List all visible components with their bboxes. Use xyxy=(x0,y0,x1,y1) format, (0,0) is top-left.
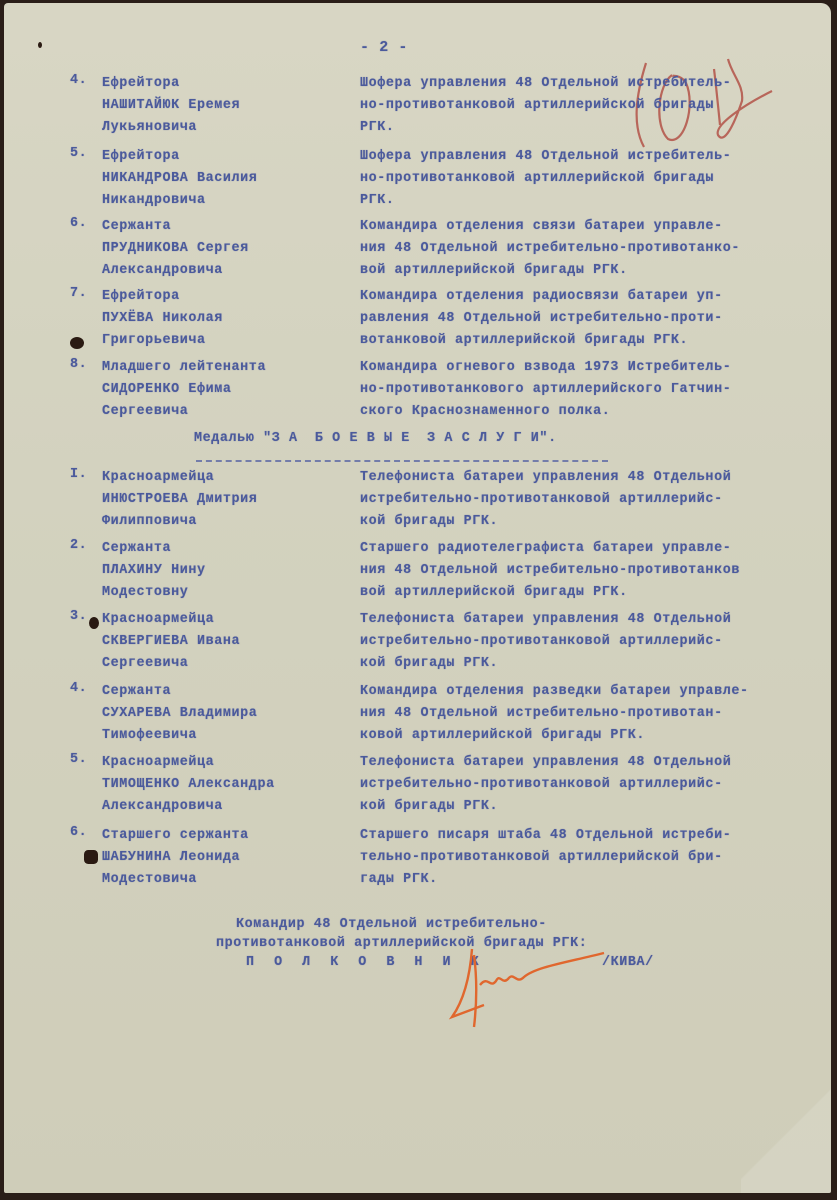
recipient-position: Шофера управления 48 Отдельной истребите… xyxy=(360,146,810,212)
recipient-name: Красноармейца СКВЕРГИЕВА Ивана Сергеевич… xyxy=(102,609,240,675)
recipient-name: Красноармейца ТИМОЩЕНКО Александра Алекс… xyxy=(102,752,275,818)
recipient-position: Командира отделения радиосвязи батареи у… xyxy=(360,286,810,352)
recipient-position: Шофера управления 48 Отдельной истребите… xyxy=(360,73,810,139)
medal-heading: Медалью "З А Б О Е В Ы Е З А С Л У Г И". xyxy=(194,431,557,446)
recipient-position: Старшего писаря штаба 48 Отдельной истре… xyxy=(360,825,810,891)
entry-number: I. xyxy=(70,467,87,482)
document-page: - 2 - 4. Ефрейтора НАШИТАЙЮК Еремея Лукь… xyxy=(4,3,831,1193)
recipient-name: Красноармейца ИНЮСТРОЕВА Дмитрия Филиппо… xyxy=(102,467,257,533)
entry-number: 6. xyxy=(70,216,87,231)
page-number: - 2 - xyxy=(360,39,408,56)
recipient-name: Сержанта СУХАРЕВА Владимира Тимофеевича xyxy=(102,681,257,747)
recipient-name: Старшего сержанта ШАБУНИНА Леонида Модес… xyxy=(102,825,249,891)
recipient-position: Телефониста батареи управления 48 Отдель… xyxy=(360,752,810,818)
recipient-position: Телефониста батареи управления 48 Отдель… xyxy=(360,467,810,533)
entry-number: 6. xyxy=(70,825,87,840)
entry-number: 8. xyxy=(70,357,87,372)
entry-number: 4. xyxy=(70,73,87,88)
entry-number: 2. xyxy=(70,538,87,553)
entry-number: 4. xyxy=(70,681,87,696)
recipient-name: Ефрейтора НИКАНДРОВА Василия Никандрович… xyxy=(102,146,257,212)
recipient-position: Командира отделения разведки батареи упр… xyxy=(360,681,810,747)
handwritten-signature xyxy=(444,945,614,1035)
punch-hole xyxy=(89,617,99,629)
punch-hole xyxy=(84,850,98,864)
entry-number: 5. xyxy=(70,146,87,161)
recipient-name: Сержанта ПЛАХИНУ Нину Модестовну xyxy=(102,538,206,604)
recipient-position: Старшего радиотелеграфиста батареи управ… xyxy=(360,538,810,604)
recipient-name: Сержанта ПРУДНИКОВА Сергея Александрович… xyxy=(102,216,249,282)
recipient-position: Телефониста батареи управления 48 Отдель… xyxy=(360,609,810,675)
recipient-name: Младшего лейтенанта СИДОРЕНКО Ефима Серг… xyxy=(102,357,266,423)
entry-number: 7. xyxy=(70,286,87,301)
recipient-name: Ефрейтора ПУХЁВА Николая Григорьевича xyxy=(102,286,223,352)
commander-title-line1: Командир 48 Отдельной истребительно- xyxy=(236,917,547,932)
speck xyxy=(38,42,42,48)
recipient-position: Командира отделения связи батареи управл… xyxy=(360,216,810,282)
entry-number: 3. xyxy=(70,609,87,624)
recipient-position: Командира огневого взвода 1973 Истребите… xyxy=(360,357,810,423)
recipient-name: Ефрейтора НАШИТАЙЮК Еремея Лукьяновича xyxy=(102,73,240,139)
entry-number: 5. xyxy=(70,752,87,767)
punch-hole xyxy=(70,337,84,349)
heading-underline xyxy=(196,457,608,462)
